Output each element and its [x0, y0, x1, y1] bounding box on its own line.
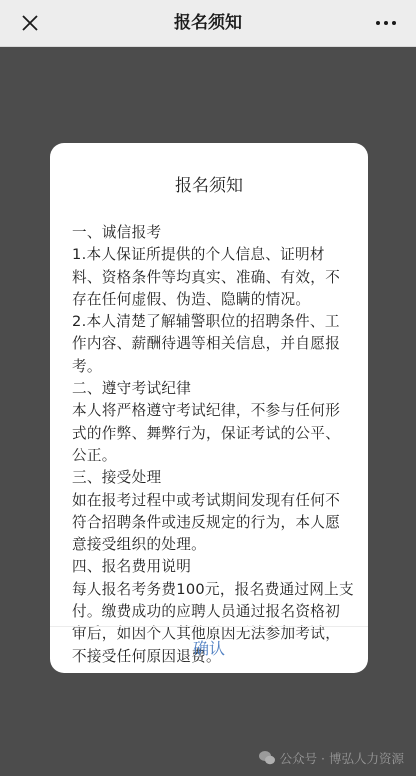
watermark: 公众号 · 博弘人力资源 — [258, 748, 404, 768]
paragraph: 2.本人清楚了解辅警职位的招聘条件、工作内容、薪酬待遇等相关信息，并自愿报考。 — [72, 311, 354, 378]
watermark-text: 公众号 · 博弘人力资源 — [280, 749, 404, 767]
dialog-body: 一、诚信报考 1.本人保证所提供的个人信息、证明材料、资格条件等均真实、准确、有… — [72, 222, 354, 668]
paragraph: 1.本人保证所提供的个人信息、证明材料、资格条件等均真实、准确、有效，不存在任何… — [72, 244, 354, 311]
top-nav-bar: 报名须知 — [0, 0, 416, 47]
section-heading-discipline: 二、遵守考试纪律 — [72, 378, 354, 400]
section-heading-fee: 四、报名费用说明 — [72, 556, 354, 578]
section-heading-honesty: 一、诚信报考 — [72, 222, 354, 244]
dialog-title: 报名须知 — [50, 171, 368, 196]
section-heading-handling: 三、接受处理 — [72, 467, 354, 489]
confirm-button[interactable]: 确认 — [50, 627, 368, 673]
wechat-icon — [258, 750, 276, 766]
paragraph: 如在报考过程中或考试期间发现有任何不符合招聘条件或违反规定的行为，本人愿意接受组… — [72, 490, 354, 557]
more-icon[interactable] — [374, 14, 398, 32]
paragraph: 本人将严格遵守考试纪律，不参与任何形式的作弊、舞弊行为，保证考试的公平、公正。 — [72, 400, 354, 467]
page-title: 报名须知 — [0, 0, 416, 46]
notice-dialog: 报名须知 一、诚信报考 1.本人保证所提供的个人信息、证明材料、资格条件等均真实… — [50, 143, 368, 673]
